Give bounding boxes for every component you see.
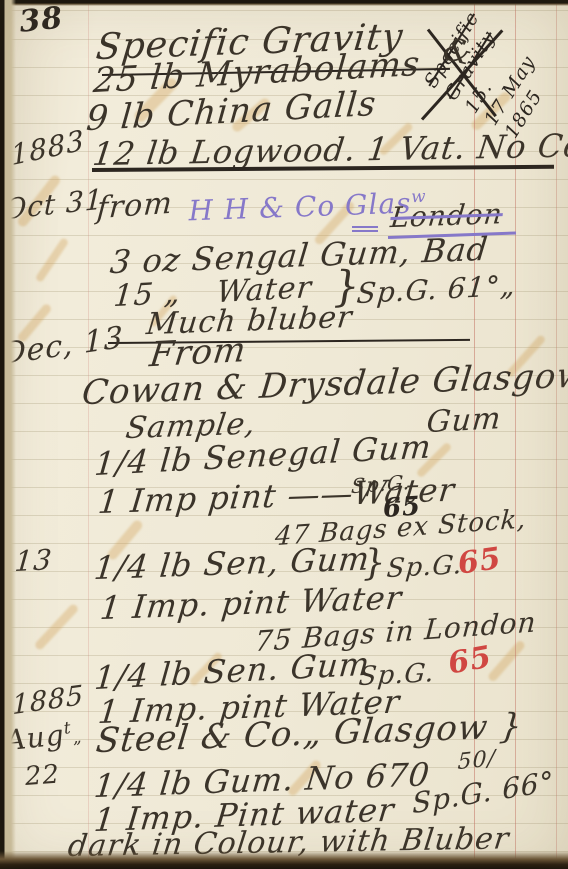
spg-value-red: 65 bbox=[456, 544, 503, 580]
margin-year: 1885 bbox=[12, 682, 84, 719]
entry-gum-word: Gum bbox=[425, 404, 502, 438]
superscript-underline bbox=[352, 230, 378, 232]
page-edge-top bbox=[0, 0, 568, 6]
margin-date: Dec, 13 bbox=[2, 323, 124, 370]
firm-name-base: H H & Co Glas bbox=[188, 187, 412, 228]
superscript-underline bbox=[352, 226, 378, 228]
recipe-item: 12 lb Logwood. 1 Vat. No Cop. bbox=[91, 129, 568, 170]
spg-value-red: 65 bbox=[446, 642, 494, 679]
margin-day: 22 bbox=[24, 762, 61, 790]
spg-label: Sp.G. bbox=[386, 552, 464, 582]
struck-city: London bbox=[389, 200, 504, 232]
diagonal-date-note: Specific Gravity 15. 17 May 1865 bbox=[420, 8, 566, 143]
entry-from-word: From bbox=[148, 333, 249, 372]
margin-ditto: „ bbox=[71, 726, 83, 747]
page-edge-left bbox=[0, 0, 16, 869]
entry-line: 1/4 lb Sen, Gum bbox=[93, 542, 372, 584]
page-number: 38 bbox=[18, 3, 65, 37]
margin-year: 1883 bbox=[10, 126, 86, 170]
page-edge-bottom bbox=[0, 851, 568, 869]
brace: } bbox=[362, 545, 387, 582]
entry-from-word: from bbox=[96, 189, 174, 225]
specific-gravity-reading: Sp.G. 66° bbox=[412, 768, 555, 819]
price-note: 50/ bbox=[457, 748, 496, 774]
specific-gravity-reading: Sp.G. 61°„ bbox=[356, 272, 518, 309]
margin-date: 13 bbox=[14, 546, 54, 576]
ledger-page: 38 Specific Gravity 15. 17 May 1865 Spec… bbox=[0, 0, 568, 869]
